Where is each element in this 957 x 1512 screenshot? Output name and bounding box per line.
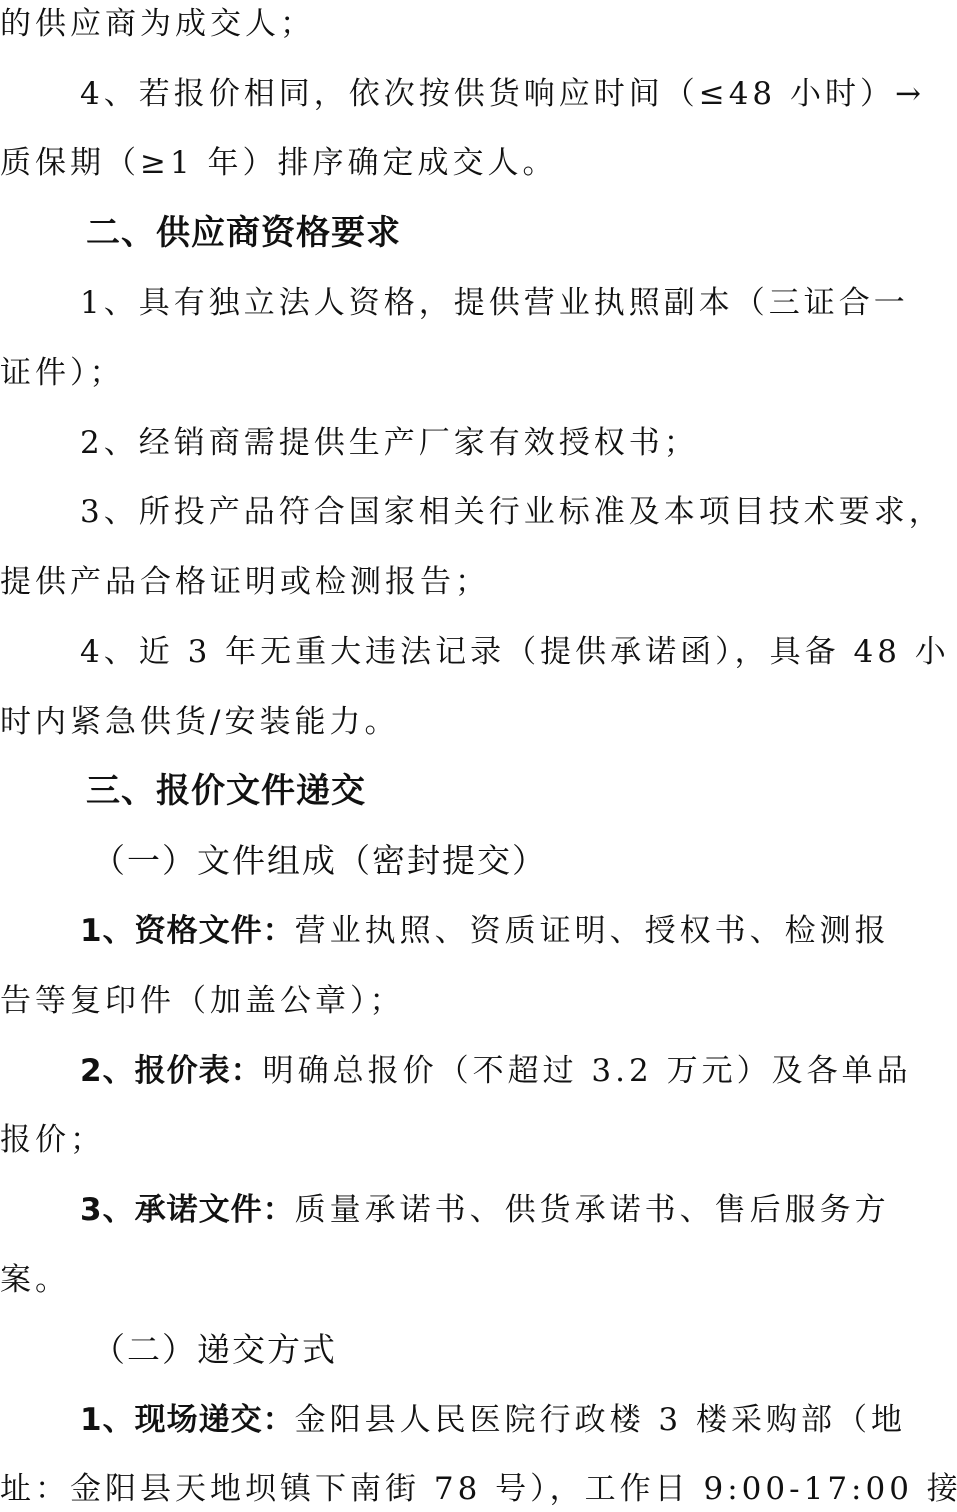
item-label: 3、承诺文件： [80, 1192, 295, 1228]
subsection-heading: （二）递交方式 [92, 1330, 337, 1370]
section-heading: 三、报价文件递交 [86, 771, 366, 811]
paragraph-line: 3、所投产品符合国家相关行业标准及本项目技术要求， [80, 492, 944, 532]
paragraph-line: 提供产品合格证明或检测报告； [0, 562, 490, 602]
item-text: 明确总报价（不超过 3.2 万元）及各单品 [263, 1053, 912, 1089]
paragraph-line: 4、近 3 年无重大违法记录（提供承诺函），具备 48 小 [80, 632, 950, 672]
paragraph-line: 1、资格文件：营业执照、资质证明、授权书、检测报 [80, 911, 890, 951]
paragraph-line: 时内紧急供货/安装能力。 [0, 702, 399, 742]
paragraph-line: 1、现场递交：金阳县人民医院行政楼 3 楼采购部（地 [80, 1400, 906, 1440]
subsection-heading: （一）文件组成（密封提交） [92, 841, 547, 881]
item-text: 质量承诺书、供货承诺书、售后服务方 [295, 1192, 890, 1228]
item-label: 1、现场递交： [80, 1402, 295, 1438]
paragraph-line: 证件）； [0, 353, 125, 393]
item-text: 金阳县人民医院行政楼 3 楼采购部（地 [295, 1402, 906, 1438]
paragraph-line: 3、承诺文件：质量承诺书、供货承诺书、售后服务方 [80, 1190, 890, 1230]
paragraph-line: 1、具有独立法人资格，提供营业执照副本（三证合一 [80, 283, 909, 323]
paragraph-line: 报价； [0, 1120, 105, 1160]
section-heading: 二、供应商资格要求 [86, 213, 401, 253]
paragraph-line: 址：金阳县天地坝镇下南街 78 号），工作日 9:00-17:00 接 [0, 1469, 957, 1509]
item-label: 2、报价表： [80, 1053, 263, 1089]
paragraph-line: 4、若报价相同，依次按供货响应时间（≤48 小时）→ [80, 74, 925, 114]
paragraph-line: 告等复印件（加盖公章）； [0, 981, 405, 1021]
paragraph-line: 案。 [0, 1260, 70, 1300]
paragraph-line: 质保期（≥1 年）排序确定成交人。 [0, 143, 558, 183]
paragraph-line: 2、经销商需提供生产厂家有效授权书； [80, 423, 699, 463]
paragraph-line: 2、报价表：明确总报价（不超过 3.2 万元）及各单品 [80, 1051, 912, 1091]
paragraph-line: 的供应商为成交人； [0, 4, 315, 44]
item-text: 营业执照、资质证明、授权书、检测报 [295, 913, 890, 949]
item-label: 1、资格文件： [80, 913, 295, 949]
